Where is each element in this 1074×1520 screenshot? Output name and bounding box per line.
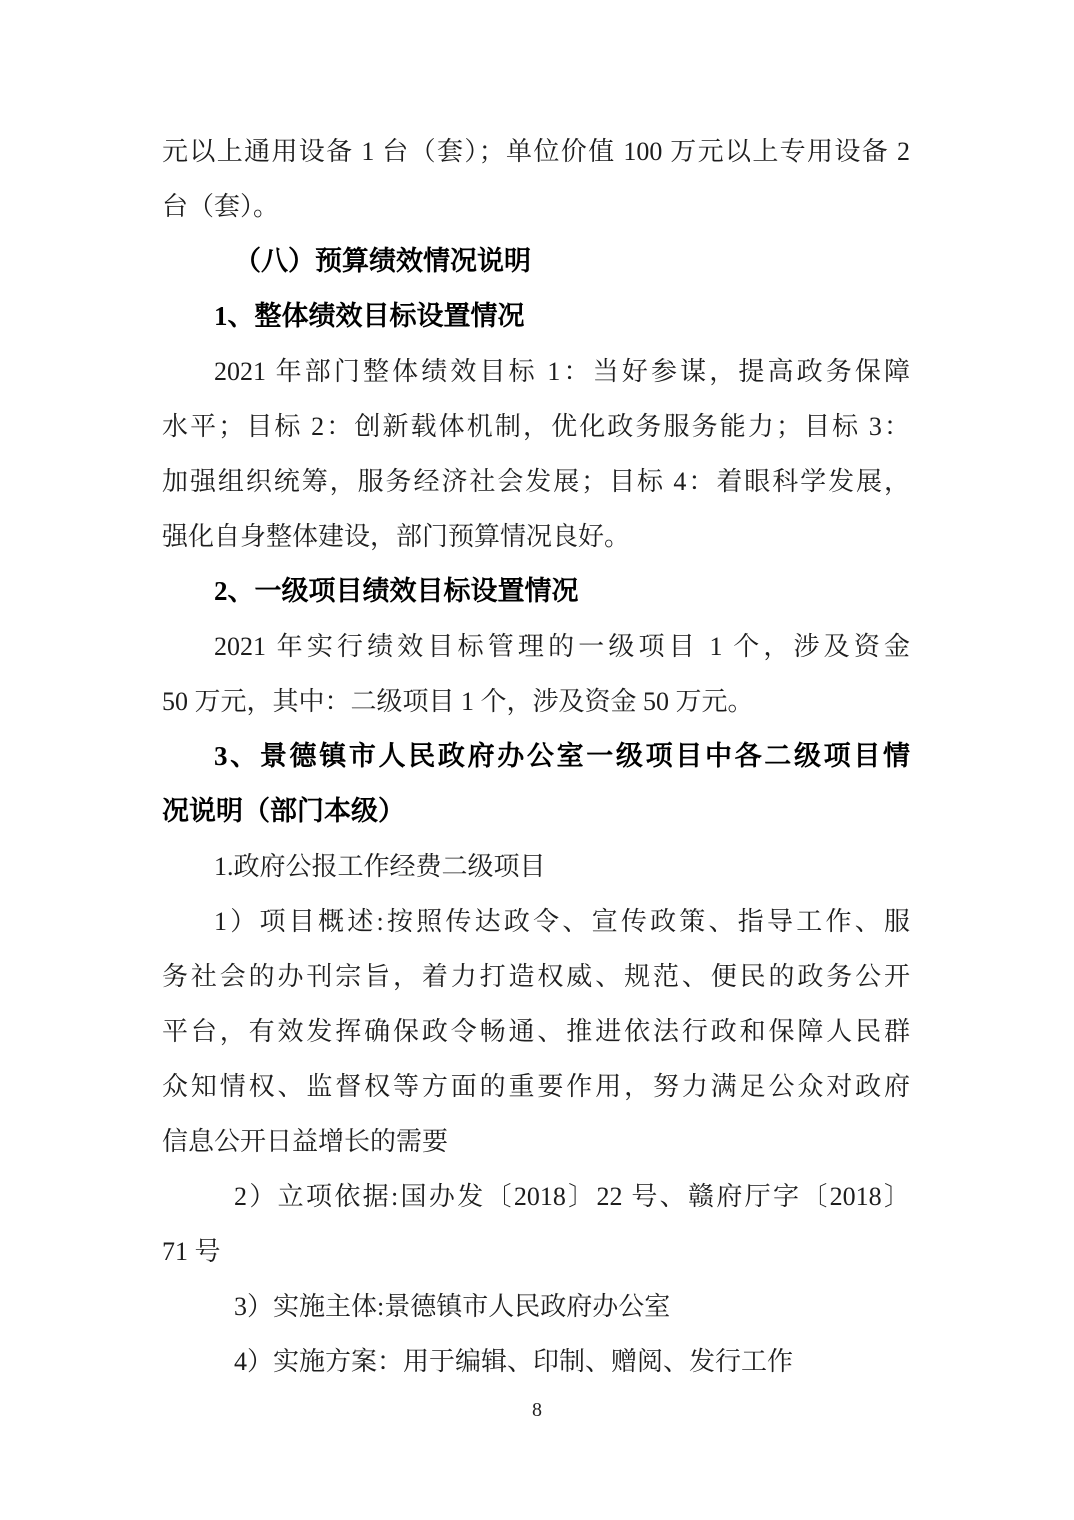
- heading-overall-performance: 1、整体绩效目标设置情况: [162, 289, 910, 344]
- list-item-implementer: 3）实施主体:景德镇市人民政府办公室: [162, 1279, 910, 1334]
- document-page: 元以上通用设备 1 台（套）；单位价值 100 万元以上专用设备 2 台（套）。…: [0, 0, 1074, 1520]
- list-item-basis-line1: 2）立项依据:国办发〔2018〕22 号、赣府厅字〔2018〕: [162, 1169, 910, 1224]
- heading-section-8: （八）预算绩效情况说明: [162, 234, 910, 289]
- paragraph-line: 2021 年实行绩效目标管理的一级项目 1 个，涉及资金: [162, 619, 910, 674]
- paragraph-line: 务社会的办刊宗旨，着力打造权威、规范、便民的政务公开: [162, 949, 910, 1004]
- paragraph-line: 信息公开日益增长的需要: [162, 1114, 910, 1169]
- paragraph-line: 平台，有效发挥确保政令畅通、推进依法行政和保障人民群: [162, 1004, 910, 1059]
- paragraph-line: 1）项目概述:按照传达政令、宣传政策、指导工作、服: [162, 894, 910, 949]
- paragraph-line: 加强组织统筹，服务经济社会发展；目标 4：着眼科学发展，: [162, 454, 910, 509]
- list-item-implementation-plan: 4）实施方案：用于编辑、印制、赠阅、发行工作: [162, 1334, 910, 1389]
- paragraph-line: 2021 年部门整体绩效目标 1：当好参谋，提高政务保障: [162, 344, 910, 399]
- paragraph-line: 众知情权、监督权等方面的重要作用，努力满足公众对政府: [162, 1059, 910, 1114]
- body-line: 元以上通用设备 1 台（套）；单位价值 100 万元以上专用设备 2: [162, 124, 910, 179]
- heading-subproject-details-line2: 况说明（部门本级）: [162, 784, 910, 839]
- paragraph-line: 强化自身整体建设，部门预算情况良好。: [162, 509, 910, 564]
- list-item-basis-line2: 71 号: [162, 1224, 910, 1279]
- body-line: 台（套）。: [162, 179, 910, 234]
- list-item-project-name: 1.政府公报工作经费二级项目: [162, 839, 910, 894]
- paragraph-line: 50 万元，其中：二级项目 1 个，涉及资金 50 万元。: [162, 674, 910, 729]
- document-body: 元以上通用设备 1 台（套）；单位价值 100 万元以上专用设备 2 台（套）。…: [162, 124, 910, 1389]
- page-number: 8: [0, 1396, 1074, 1424]
- paragraph-line: 水平；目标 2：创新载体机制，优化政务服务能力；目标 3：: [162, 399, 910, 454]
- heading-level1-project-targets: 2、一级项目绩效目标设置情况: [162, 564, 910, 619]
- heading-subproject-details-line1: 3、景德镇市人民政府办公室一级项目中各二级项目情: [162, 729, 910, 784]
